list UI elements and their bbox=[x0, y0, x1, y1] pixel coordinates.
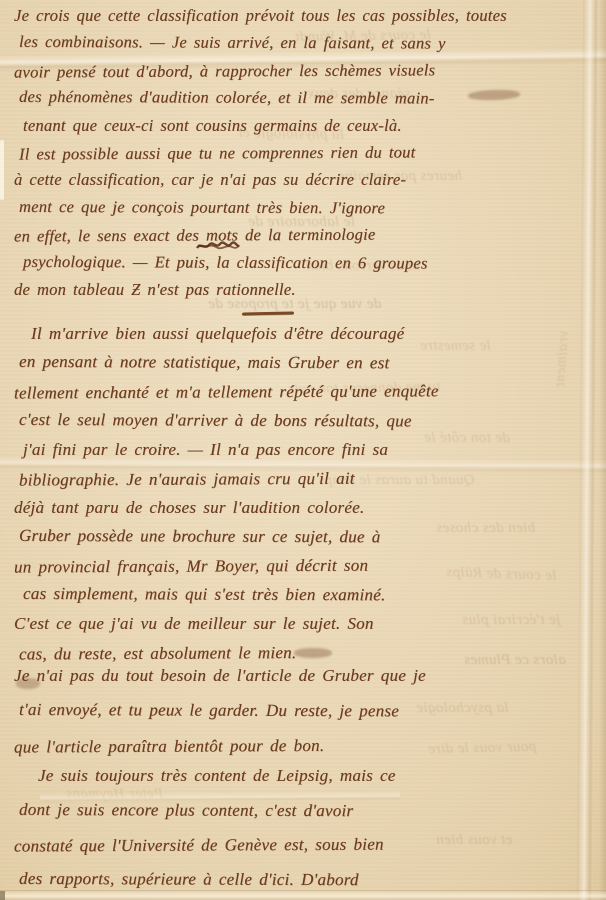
handwritten-line: un provincial français, Mr Boyer, qui dé… bbox=[14, 554, 598, 586]
handwritten-line: Je crois que cette classification prévoi… bbox=[14, 6, 598, 33]
handwritten-line: déjà tant paru de choses sur l'audition … bbox=[14, 498, 598, 527]
paragraph-classification: Je crois que cette classification prévoi… bbox=[14, 6, 598, 307]
handwritten-line: psychologique. — Et puis, la classificat… bbox=[14, 251, 598, 281]
handwritten-line: j'ai fini par le croire. — Il n'a pas en… bbox=[14, 440, 598, 469]
handwritten-line: Gruber possède une brochure sur ce sujet… bbox=[14, 526, 598, 557]
handwritten-line: en pensant à notre statistique, mais Gru… bbox=[14, 352, 598, 383]
handwritten-line: bibliographie. Je n'aurais jamais cru qu… bbox=[14, 467, 598, 499]
handwritten-line: en effet, le sens exact des mots de la t… bbox=[14, 224, 598, 254]
paragraph-leipsig: Je suis toujours très content de Leipsig… bbox=[14, 766, 598, 900]
handwritten-line: Je suis toujours très content de Leipsig… bbox=[14, 766, 598, 801]
handwritten-line: avoir pensé tout d'abord, à rapprocher l… bbox=[14, 59, 598, 89]
handwritten-line: Je n'ai pas du tout besoin de l'article … bbox=[14, 666, 598, 701]
ink-overwrite-smudge bbox=[16, 678, 40, 689]
paragraph-article: Je n'ai pas du tout besoin de l'article … bbox=[14, 666, 598, 771]
handwritten-line: c'est le seul moyen d'arriver à de bons … bbox=[14, 410, 598, 441]
handwritten-line: de mon tableau Ƶ n'est pas rationnelle. bbox=[14, 280, 598, 307]
paper-edge-highlight bbox=[0, 140, 4, 200]
handwritten-line: ment ce que je conçois pourtant très bie… bbox=[14, 197, 598, 227]
handwritten-line: t'ai envoyé, et tu peux le garder. Du re… bbox=[14, 700, 598, 737]
handwritten-line: constaté que l'Université de Genève est,… bbox=[14, 833, 598, 871]
letter-page: le cours de M. Wundtséance des deuxla ph… bbox=[0, 0, 606, 900]
handwritten-line: cas simplement, mais qui s'est très bien… bbox=[14, 584, 598, 615]
paragraph-statistique: Il m'arrive bien aussi quelquefois d'êtr… bbox=[14, 324, 598, 672]
handwritten-line: tellement enchanté et m'a tellement répé… bbox=[14, 380, 598, 412]
handwritten-line: dont je suis encore plus content, c'est … bbox=[14, 799, 598, 836]
handwritten-line: des rapports, supérieure à celle d'ici. … bbox=[14, 868, 598, 900]
handwritten-line: Il est possible aussi que tu ne comprenn… bbox=[14, 141, 598, 171]
handwritten-divider-line bbox=[242, 311, 294, 315]
ink-overwrite-smudge bbox=[294, 648, 332, 658]
handwritten-line: à cette classification, car je n'ai pas … bbox=[14, 170, 598, 197]
scan-corner-mark bbox=[0, 891, 5, 900]
handwritten-line: les combinaisons. — Je suis arrivé, en l… bbox=[14, 32, 598, 62]
handwritten-line: tenant que ceux-ci sont cousins germains… bbox=[14, 116, 598, 143]
paper-edge-right bbox=[599, 0, 606, 900]
handwritten-line: Il m'arrive bien aussi quelquefois d'êtr… bbox=[14, 324, 598, 353]
handwritten-line: C'est ce que j'ai vu de meilleur sur le … bbox=[14, 614, 598, 643]
